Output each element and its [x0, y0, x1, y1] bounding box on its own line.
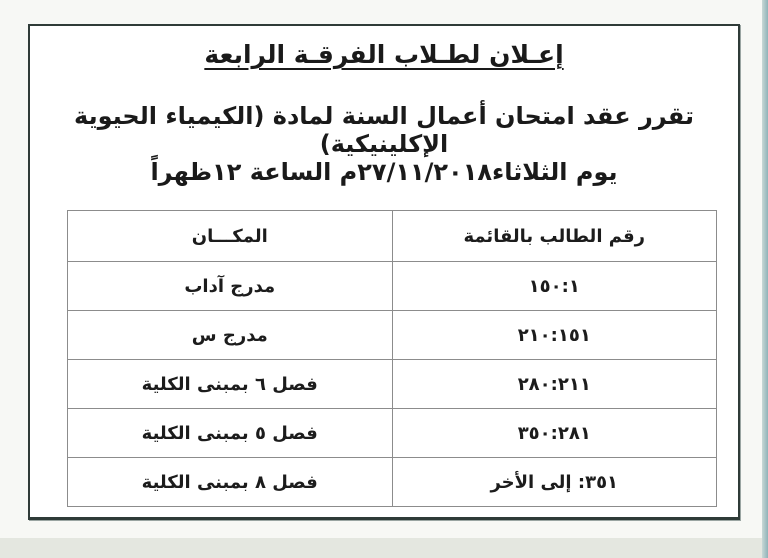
- header-student-range: رقم الطالب بالقائمة: [392, 211, 717, 262]
- cell-location: فصل ٨ بمبنى الكلية: [68, 458, 393, 507]
- cell-student-range: ٣٥١: إلى الأخر: [392, 458, 717, 507]
- table-row: ١٥٠:١ مدرج آداب: [68, 262, 717, 311]
- announcement-frame: إعـلان لطـلاب الفرقـة الرابعة تقرر عقد ا…: [28, 24, 740, 520]
- cell-location: فصل ٦ بمبنى الكلية: [68, 360, 393, 409]
- header-location: المكـــان: [68, 211, 393, 262]
- cell-location: مدرج آداب: [68, 262, 393, 311]
- cell-student-range: ٢١٠:١٥١: [392, 311, 717, 360]
- page-background-bottom: [0, 538, 768, 558]
- cell-location: فصل ٥ بمبنى الكلية: [68, 409, 393, 458]
- announcement-title-text: إعـلان لطـلاب الفرقـة الرابعة: [204, 40, 563, 69]
- cell-location: مدرج س: [68, 311, 393, 360]
- page-right-edge: [762, 0, 768, 558]
- table-header-row: رقم الطالب بالقائمة المكـــان: [68, 211, 717, 262]
- table-row: ٢١٠:١٥١ مدرج س: [68, 311, 717, 360]
- cell-student-range: ١٥٠:١: [392, 262, 717, 311]
- table-row: ٢٨٠:٢١١ فصل ٦ بمبنى الكلية: [68, 360, 717, 409]
- exam-location-table: رقم الطالب بالقائمة المكـــان ١٥٠:١ مدرج…: [67, 210, 717, 507]
- announcement-title: إعـلان لطـلاب الفرقـة الرابعة: [30, 40, 738, 69]
- exam-date-line: يوم الثلاثاء٢٧/١١/٢٠١٨م الساعة ١٢ظهراً: [30, 158, 738, 186]
- cell-student-range: ٢٨٠:٢١١: [392, 360, 717, 409]
- cell-student-range: ٣٥٠:٢٨١: [392, 409, 717, 458]
- exam-subject-line: تقرر عقد امتحان أعمال السنة لمادة (الكيم…: [30, 102, 738, 158]
- table-row: ٣٥٠:٢٨١ فصل ٥ بمبنى الكلية: [68, 409, 717, 458]
- table-row: ٣٥١: إلى الأخر فصل ٨ بمبنى الكلية: [68, 458, 717, 507]
